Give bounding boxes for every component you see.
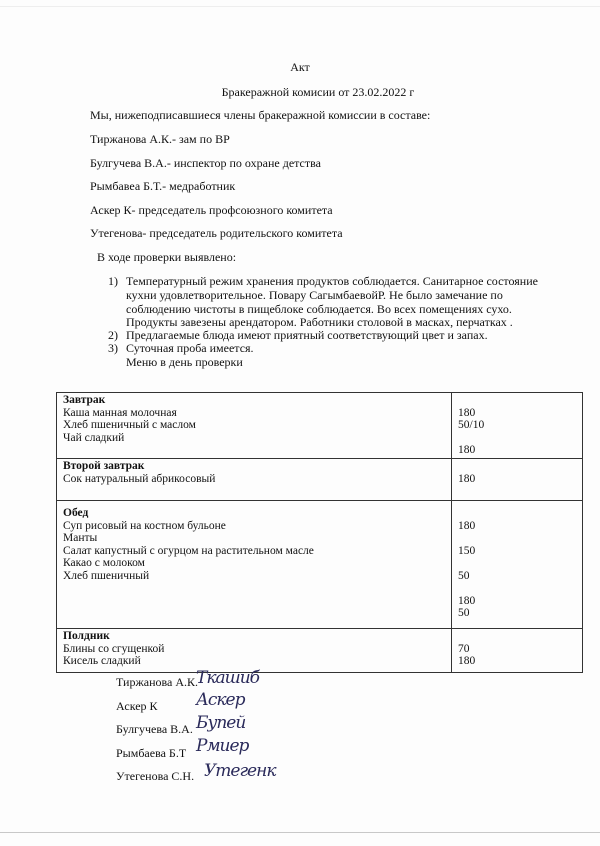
findings-heading: В ходе проверки выявлено: (97, 250, 236, 264)
dish: Хлеб пшеничный (63, 570, 445, 583)
finding-text: Суточная проба имеется. (126, 342, 254, 355)
signature-mark: Утегенк (204, 761, 275, 781)
dish: Салат капустный с огурцом на растительно… (63, 545, 445, 558)
dish: Манты (63, 532, 445, 545)
dish: Чай сладкий (63, 432, 445, 445)
amount: 50 (458, 607, 576, 620)
amount: 50/10 (458, 419, 576, 432)
doc-subtitle: Бракеражной комисии от 23.02.2022 г (0, 85, 600, 99)
signature-mark: Рмиер (196, 736, 248, 756)
table-row-lunch: Обед Суп рисовый на костном бульоне Мант… (57, 501, 583, 629)
amount: 180 (458, 655, 576, 668)
amounts-cell: 180 (452, 459, 583, 501)
amount: 50 (458, 570, 576, 583)
meal-title: Второй завтрак (63, 460, 445, 473)
signatory-name: Булгучева В.А. (116, 722, 193, 737)
signature-mark: Ткашиб (196, 668, 259, 688)
signatory-name: Аскер К (116, 699, 158, 714)
member-line: Аскер К- председатель профсоюзного комит… (90, 203, 333, 217)
amounts-cell: 70 180 (452, 629, 583, 673)
finding-text: кухни удовлетворительное. Повару Сагымба… (126, 289, 503, 302)
dish: Какао с молоком (63, 557, 445, 570)
amounts-cell: 180 150 50 180 50 (452, 501, 583, 629)
amount: 70 (458, 643, 576, 656)
doc-title: Акт (0, 60, 600, 74)
dish: Кисель сладкий (63, 655, 445, 668)
amount: 180 (458, 520, 576, 533)
dish: Суп рисовый на костном бульоне (63, 520, 445, 533)
meal-title: Обед (63, 507, 445, 520)
scan-artifact-bottom (0, 832, 600, 833)
dishes-cell: Завтрак Каша манная молочная Хлеб пшенич… (57, 393, 452, 459)
member-line: Рымбавеа Б.Т.- медработник (90, 179, 235, 193)
member-line: Булгучева В.А.- инспектор по охране детс… (90, 156, 321, 170)
table-row-second-breakfast: Второй завтрак Сок натуральный абрикосов… (57, 459, 583, 501)
dishes-cell: Обед Суп рисовый на костном бульоне Мант… (57, 501, 452, 629)
signatory-name: Тиржанова А.К. (116, 675, 198, 690)
table-row-afternoon-snack: Полдник Блины со сгущенкой Кисель сладки… (57, 629, 583, 673)
member-line: Утегенова- председатель родительского ко… (90, 226, 343, 240)
amount: 180 (458, 473, 576, 486)
signatory-name: Рымбаева Б.Т (116, 746, 186, 761)
amount: 150 (458, 545, 576, 558)
dishes-cell: Второй завтрак Сок натуральный абрикосов… (57, 459, 452, 501)
amount: 180 (458, 595, 576, 608)
member-line: Тиржанова А.К.- зам по ВР (90, 132, 230, 146)
amount: 180 (458, 444, 576, 457)
scan-artifact-top (0, 6, 600, 7)
dish: Каша манная молочная (63, 407, 445, 420)
dish: Хлеб пшеничный с маслом (63, 419, 445, 432)
table-row-breakfast: Завтрак Каша манная молочная Хлеб пшенич… (57, 393, 583, 459)
dishes-cell: Полдник Блины со сгущенкой Кисель сладки… (57, 629, 452, 673)
menu-table: Завтрак Каша манная молочная Хлеб пшенич… (56, 392, 583, 673)
signature-mark: Бупей (196, 713, 245, 733)
signatory-name: Утегенова С.Н. (116, 769, 194, 784)
finding-text: Меню в день проверки (126, 356, 243, 369)
signature-mark: Аскер (196, 690, 245, 710)
dish: Блины со сгущенкой (63, 643, 445, 656)
intro-text: Мы, нижеподписавшиеся члены бракеражной … (90, 108, 430, 122)
finding-text: Температурный режим хранения продуктов с… (126, 275, 538, 288)
meal-title: Завтрак (63, 394, 445, 407)
dish: Сок натуральный абрикосовый (63, 473, 445, 486)
amounts-cell: 180 50/10 180 (452, 393, 583, 459)
meal-title: Полдник (63, 630, 445, 643)
amount: 180 (458, 407, 576, 420)
